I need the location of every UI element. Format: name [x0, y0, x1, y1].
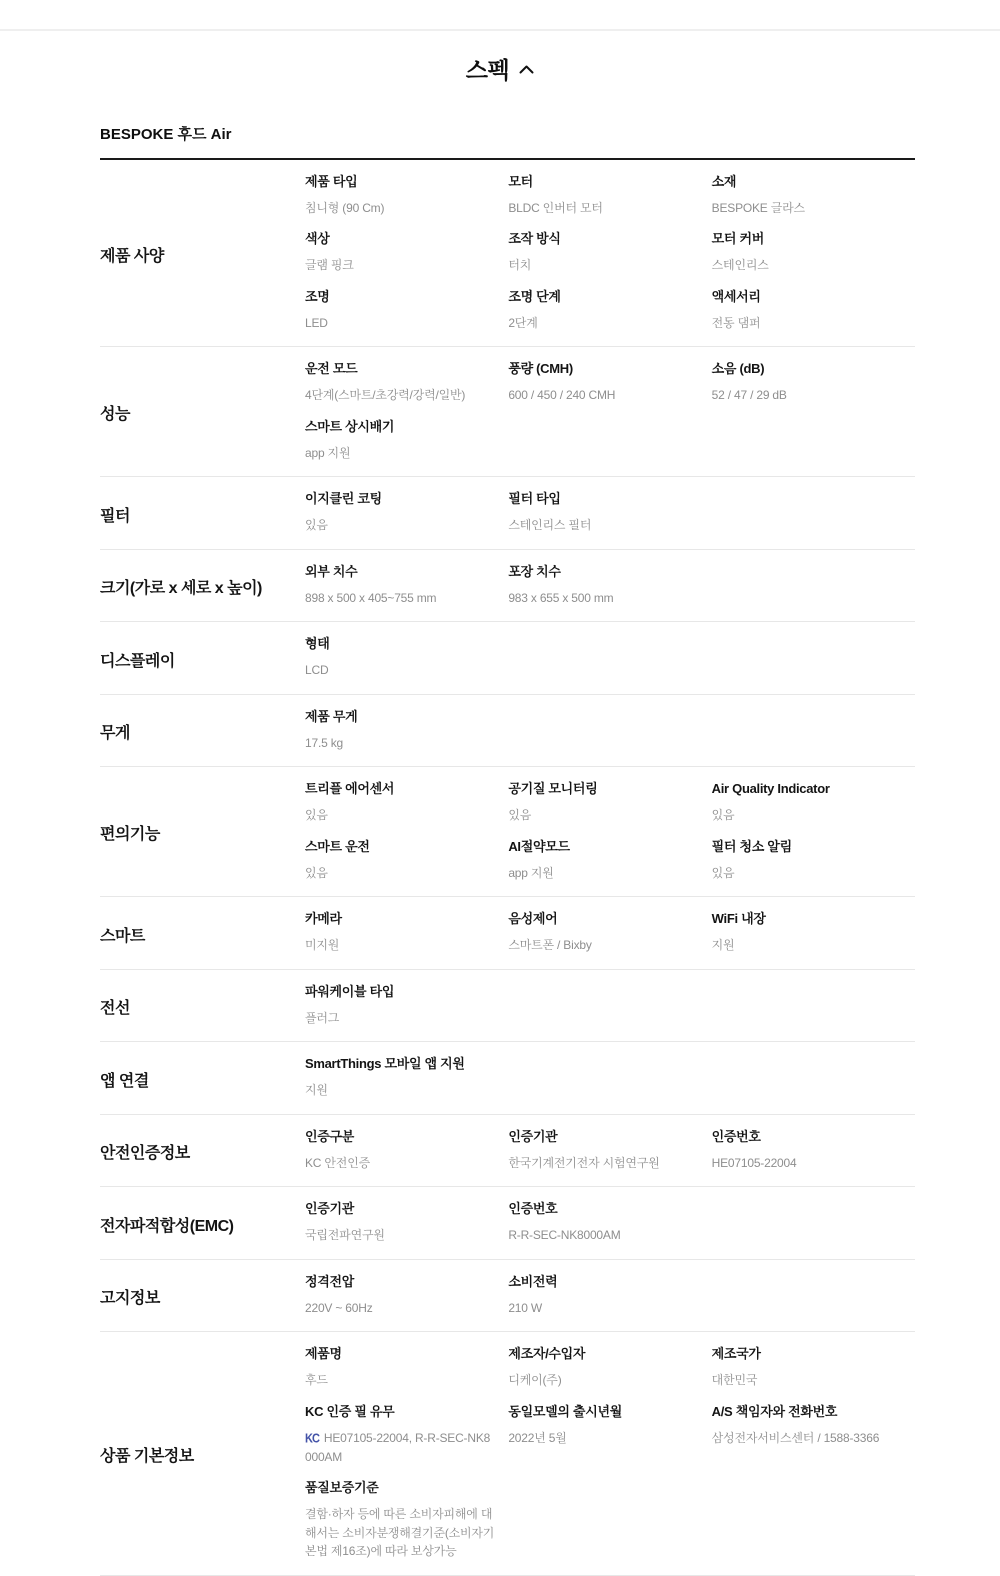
- spec-section-row: 안전인증정보 인증구분 KC 안전인증 인증기관 한국기계전기전자 시험연구원 …: [100, 1115, 915, 1187]
- spec-item-value: 있음: [508, 806, 697, 825]
- spec-item-key: 조명: [305, 289, 494, 306]
- product-table-title: BESPOKE 후드 Air: [100, 123, 915, 160]
- spec-item-key: WiFi 내장: [712, 911, 901, 928]
- spec-item-key: 필터 타입: [508, 491, 697, 508]
- spec-item-value: 터치: [508, 256, 697, 275]
- spec-item-value: 국립전파연구원: [305, 1226, 494, 1245]
- spec-item: 인증구분 KC 안전인증: [305, 1129, 508, 1186]
- spec-item: 모터 커버 스테인리스: [712, 231, 915, 288]
- spec-item-key: 소재: [712, 174, 901, 191]
- section-label: 필터: [100, 503, 305, 538]
- spec-item-key: 공기질 모니터링: [508, 781, 697, 798]
- spec-item-key: 제조국가: [712, 1346, 901, 1363]
- spec-header: 스펙: [0, 0, 1000, 85]
- spec-title: 스펙: [466, 52, 509, 85]
- spec-item-value: 있음: [712, 864, 901, 883]
- spec-section-row: 제품 사양 제품 타입 침니형 (90 Cm) 모터 BLDC 인버터 모터 소…: [100, 160, 915, 347]
- spec-item: 모터 BLDC 인버터 모터: [508, 174, 711, 231]
- spec-item-value: 983 x 655 x 500 mm: [508, 589, 697, 608]
- spec-item-value: 스테인리스 필터: [508, 516, 697, 535]
- spec-item: 제품 타입 침니형 (90 Cm): [305, 174, 508, 231]
- spec-item-key: 모터: [508, 174, 697, 191]
- spec-section-row: 전선 파워케이블 타입 플러그: [100, 970, 915, 1042]
- spec-item-value: 898 x 500 x 405~755 mm: [305, 589, 494, 608]
- spec-item-key: 모터 커버: [712, 231, 901, 248]
- spec-item-key: 소비전력: [508, 1274, 697, 1291]
- spec-item: 파워케이블 타입 플러그: [305, 984, 508, 1041]
- spec-item-key: AI절약모드: [508, 839, 697, 856]
- spec-item-key: 액세서리: [712, 289, 901, 306]
- spec-item-key: Air Quality Indicator: [712, 781, 901, 798]
- spec-item-key: 제조자/수입자: [508, 1346, 697, 1363]
- spec-item-value: 플러그: [305, 1009, 494, 1028]
- spec-item: 정격전압 220V ~ 60Hz: [305, 1274, 508, 1331]
- spec-item-key: 색상: [305, 231, 494, 248]
- spec-item: 음성제어 스마트폰 / Bixby: [508, 911, 711, 968]
- spec-item-value: 글램 핑크: [305, 256, 494, 275]
- spec-item: 인증기관 국립전파연구원: [305, 1201, 508, 1258]
- section-label: 제품 사양: [100, 243, 305, 278]
- spec-section-row: 무게 제품 무게 17.5 kg: [100, 695, 915, 767]
- spec-item-value: 있음: [305, 806, 494, 825]
- spec-item: 인증번호 HE07105-22004: [712, 1129, 915, 1186]
- spec-item-key: 카메라: [305, 911, 494, 928]
- spec-item-key: 인증기관: [508, 1129, 697, 1146]
- spec-item-key: 외부 치수: [305, 564, 494, 581]
- spec-item-key: 스마트 상시배기: [305, 419, 494, 436]
- spec-item-key: 필터 청소 알림: [712, 839, 901, 856]
- spec-item-value: 삼성전자서비스센터 / 1588-3366: [712, 1429, 901, 1448]
- spec-item: 조작 방식 터치: [508, 231, 711, 288]
- spec-item-value: 2022년 5월: [508, 1429, 697, 1448]
- spec-item-key: 제품 무게: [305, 709, 494, 726]
- spec-item: 제품명 후드: [305, 1346, 508, 1403]
- spec-item-value: 후드: [305, 1371, 494, 1390]
- spec-item: 제조자/수입자 디케이(주): [508, 1346, 711, 1403]
- spec-item: AI절약모드 app 지원: [508, 839, 711, 896]
- spec-item-value: 지원: [712, 936, 901, 955]
- spec-item-key: 트리플 에어센서: [305, 781, 494, 798]
- spec-item-key: 스마트 운전: [305, 839, 494, 856]
- spec-item: 외부 치수 898 x 500 x 405~755 mm: [305, 564, 508, 621]
- section-label: 상품 기본정보: [100, 1443, 305, 1478]
- spec-item: 제품 무게 17.5 kg: [305, 709, 508, 766]
- spec-item-value: 220V ~ 60Hz: [305, 1299, 494, 1318]
- spec-item-value: 17.5 kg: [305, 734, 494, 753]
- section-label: 앱 연결: [100, 1068, 305, 1103]
- spec-item-key: SmartThings 모바일 앱 지원: [305, 1056, 494, 1073]
- spec-section-row: 상품 기본정보 제품명 후드 제조자/수입자 디케이(주) 제조국가 대한민국 …: [100, 1332, 915, 1576]
- section-label: 안전인증정보: [100, 1140, 305, 1175]
- spec-item-value: 210 W: [508, 1299, 697, 1318]
- spec-section-row: 필터 이지클린 코팅 있음 필터 타입 스테인리스 필터: [100, 477, 915, 549]
- spec-item: 이지클린 코팅 있음: [305, 491, 508, 548]
- section-label: 고지정보: [100, 1285, 305, 1320]
- section-label: 전선: [100, 995, 305, 1030]
- section-label: 전자파적합성(EMC): [100, 1213, 305, 1248]
- spec-item-value: 결함·하자 등에 따른 소비자피해에 대해서는 소비자분쟁해결기준(소비자기본법…: [305, 1505, 494, 1561]
- chevron-up-icon[interactable]: [519, 61, 534, 79]
- spec-section-row: 성능 운전 모드 4단계(스마트/초강력/강력/일반) 풍량 (CMH) 600…: [100, 347, 915, 477]
- spec-item: WiFi 내장 지원: [712, 911, 915, 968]
- spec-item-value: HE07105-22004: [712, 1154, 901, 1173]
- spec-item: 소음 (dB) 52 / 47 / 29 dB: [712, 361, 915, 418]
- spec-item: 필터 청소 알림 있음: [712, 839, 915, 896]
- spec-item-value: 전동 댐퍼: [712, 314, 901, 333]
- section-label: 무게: [100, 720, 305, 755]
- spec-item-key: 제품 타입: [305, 174, 494, 191]
- spec-item: 인증기관 한국기계전기전자 시험연구원: [508, 1129, 711, 1186]
- page-top-divider: [0, 29, 1000, 31]
- spec-item-value: 있음: [305, 864, 494, 883]
- spec-item: 스마트 상시배기 app 지원: [305, 419, 508, 476]
- spec-item: 조명 단계 2단계: [508, 289, 711, 346]
- spec-item: 카메라 미지원: [305, 911, 508, 968]
- spec-item-value: 있음: [305, 516, 494, 535]
- spec-item-key: 인증기관: [305, 1201, 494, 1218]
- spec-section-row: 스마트 카메라 미지원 음성제어 스마트폰 / Bixby WiFi 내장 지원: [100, 897, 915, 969]
- spec-item-key: 품질보증기준: [305, 1480, 494, 1497]
- spec-item-value: LCD: [305, 661, 494, 680]
- spec-collapse-toggle[interactable]: 스펙: [466, 52, 534, 85]
- spec-item: 운전 모드 4단계(스마트/초강력/강력/일반): [305, 361, 508, 418]
- spec-content: BESPOKE 후드 Air 제품 사양 제품 타입 침니형 (90 Cm) 모…: [100, 123, 915, 1576]
- section-label: 성능: [100, 401, 305, 436]
- spec-item: 포장 치수 983 x 655 x 500 mm: [508, 564, 711, 621]
- spec-item-key: 풍량 (CMH): [508, 361, 697, 378]
- spec-item-value: 4단계(스마트/초강력/강력/일반): [305, 386, 494, 405]
- spec-table: 제품 사양 제품 타입 침니형 (90 Cm) 모터 BLDC 인버터 모터 소…: [100, 160, 915, 1576]
- spec-item-key: 인증번호: [712, 1129, 901, 1146]
- spec-section-row: 앱 연결 SmartThings 모바일 앱 지원 지원: [100, 1042, 915, 1114]
- spec-item: 조명 LED: [305, 289, 508, 346]
- spec-item: 형태 LCD: [305, 636, 508, 693]
- spec-item-key: 인증구분: [305, 1129, 494, 1146]
- spec-item: 액세서리 전동 댐퍼: [712, 289, 915, 346]
- spec-item-key: 포장 치수: [508, 564, 697, 581]
- spec-item-key: 파워케이블 타입: [305, 984, 494, 1001]
- spec-item: 인증번호 R-R-SEC-NK8000AM: [508, 1201, 711, 1258]
- spec-section-row: 고지정보 정격전압 220V ~ 60Hz 소비전력 210 W: [100, 1260, 915, 1332]
- spec-item: 동일모델의 출시년월 2022년 5월: [508, 1404, 711, 1481]
- spec-item-value: 스테인리스: [712, 256, 901, 275]
- spec-item: KC 인증 필 유무 KCHE07105-22004, R-R-SEC-NK80…: [305, 1404, 508, 1481]
- spec-item-value: 지원: [305, 1081, 494, 1100]
- spec-section-row: 편의기능 트리플 에어센서 있음 공기질 모니터링 있음 Air Quality…: [100, 767, 915, 897]
- spec-item-value: 대한민국: [712, 1371, 901, 1390]
- spec-item-value: 침니형 (90 Cm): [305, 199, 494, 218]
- spec-item-key: 조작 방식: [508, 231, 697, 248]
- spec-item: 소재 BESPOKE 글라스: [712, 174, 915, 231]
- spec-item-key: KC 인증 필 유무: [305, 1404, 494, 1421]
- spec-item-value: 한국기계전기전자 시험연구원: [508, 1154, 697, 1173]
- spec-item-value: KCHE07105-22004, R-R-SEC-NK8000AM: [305, 1429, 494, 1467]
- spec-item-key: 형태: [305, 636, 494, 653]
- spec-item-value: BLDC 인버터 모터: [508, 199, 697, 218]
- spec-item-key: 동일모델의 출시년월: [508, 1404, 697, 1421]
- spec-item-key: 정격전압: [305, 1274, 494, 1291]
- spec-item-value: 디케이(주): [508, 1371, 697, 1390]
- spec-item: 제조국가 대한민국: [712, 1346, 915, 1403]
- spec-item-key: 운전 모드: [305, 361, 494, 378]
- spec-item: 필터 타입 스테인리스 필터: [508, 491, 711, 548]
- spec-item-value: 2단계: [508, 314, 697, 333]
- section-label: 크기(가로 x 세로 x 높이): [100, 575, 305, 610]
- spec-item-value: app 지원: [305, 444, 494, 463]
- spec-item-key: 이지클린 코팅: [305, 491, 494, 508]
- spec-item-value: 미지원: [305, 936, 494, 955]
- spec-item: Air Quality Indicator 있음: [712, 781, 915, 838]
- spec-item-key: A/S 책임자와 전화번호: [712, 1404, 901, 1421]
- spec-item: SmartThings 모바일 앱 지원 지원: [305, 1056, 508, 1113]
- kc-mark-icon: KC: [305, 1429, 319, 1449]
- section-label: 스마트: [100, 923, 305, 958]
- spec-item: 풍량 (CMH) 600 / 450 / 240 CMH: [508, 361, 711, 418]
- spec-item-value: app 지원: [508, 864, 697, 883]
- spec-item-value: 52 / 47 / 29 dB: [712, 386, 901, 405]
- spec-section-row: 크기(가로 x 세로 x 높이) 외부 치수 898 x 500 x 405~7…: [100, 550, 915, 622]
- spec-item: 공기질 모니터링 있음: [508, 781, 711, 838]
- spec-item: 스마트 운전 있음: [305, 839, 508, 896]
- spec-item-key: 제품명: [305, 1346, 494, 1363]
- section-label: 편의기능: [100, 821, 305, 856]
- spec-item: 품질보증기준 결함·하자 등에 따른 소비자피해에 대해서는 소비자분쟁해결기준…: [305, 1480, 508, 1575]
- spec-item-value: BESPOKE 글라스: [712, 199, 901, 218]
- spec-item-value: R-R-SEC-NK8000AM: [508, 1226, 697, 1245]
- spec-section-row: 전자파적합성(EMC) 인증기관 국립전파연구원 인증번호 R-R-SEC-NK…: [100, 1187, 915, 1259]
- spec-item-value: 스마트폰 / Bixby: [508, 936, 697, 955]
- spec-item: 소비전력 210 W: [508, 1274, 711, 1331]
- spec-item-value: 있음: [712, 806, 901, 825]
- spec-item-value-text: HE07105-22004, R-R-SEC-NK8000AM: [305, 1431, 490, 1464]
- spec-item-key: 음성제어: [508, 911, 697, 928]
- spec-item-key: 인증번호: [508, 1201, 697, 1218]
- spec-item-value: 600 / 450 / 240 CMH: [508, 386, 697, 405]
- spec-item-value: LED: [305, 314, 494, 333]
- spec-item-key: 소음 (dB): [712, 361, 901, 378]
- spec-item: 색상 글램 핑크: [305, 231, 508, 288]
- spec-item-key: 조명 단계: [508, 289, 697, 306]
- spec-section-row: 디스플레이 형태 LCD: [100, 622, 915, 694]
- spec-item: A/S 책임자와 전화번호 삼성전자서비스센터 / 1588-3366: [712, 1404, 915, 1481]
- spec-item-value: KC 안전인증: [305, 1154, 494, 1173]
- spec-item: 트리플 에어센서 있음: [305, 781, 508, 838]
- section-label: 디스플레이: [100, 648, 305, 683]
